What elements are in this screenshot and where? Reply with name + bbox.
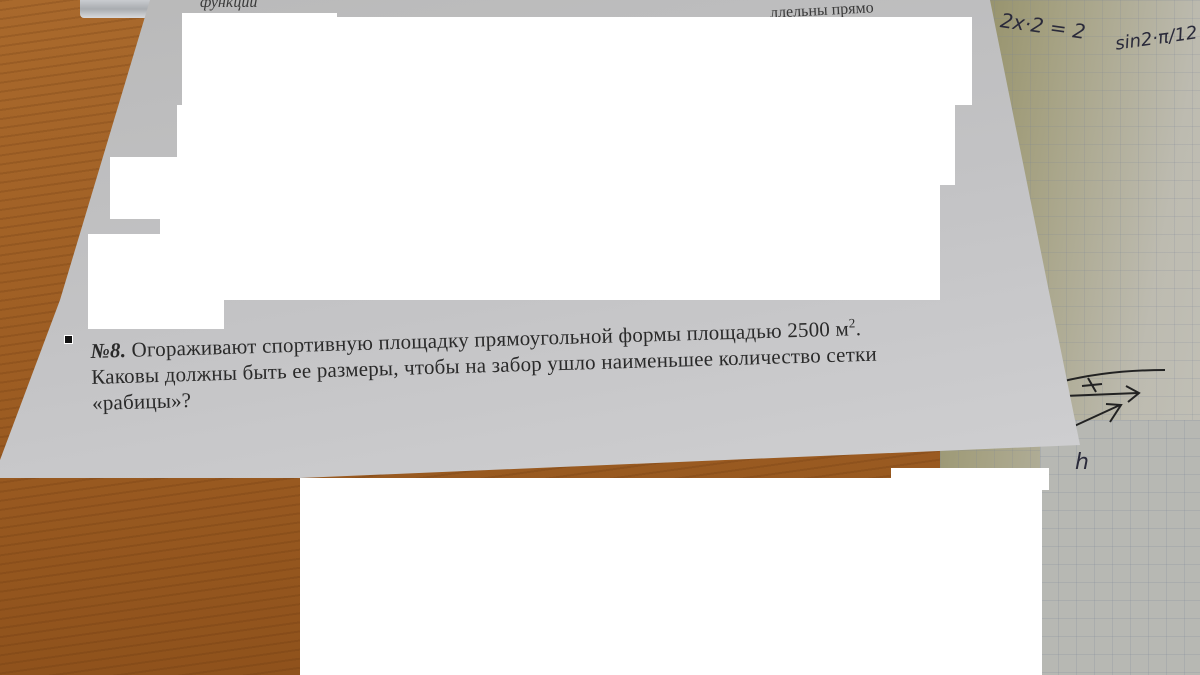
- bullet-marker: [64, 335, 73, 344]
- redaction-block: [891, 468, 1049, 490]
- photo-scene: 2x·2 = 2 sin2·π/12 h функции ллельны пря…: [0, 0, 1200, 675]
- redaction-block: [88, 234, 224, 329]
- problem-number: №8.: [90, 338, 126, 363]
- redaction-block: [160, 185, 940, 300]
- paper-stack: [80, 0, 150, 18]
- redaction-block: [337, 17, 972, 105]
- top-fragment-left: функции: [200, 0, 257, 12]
- redaction-block: [300, 478, 1042, 675]
